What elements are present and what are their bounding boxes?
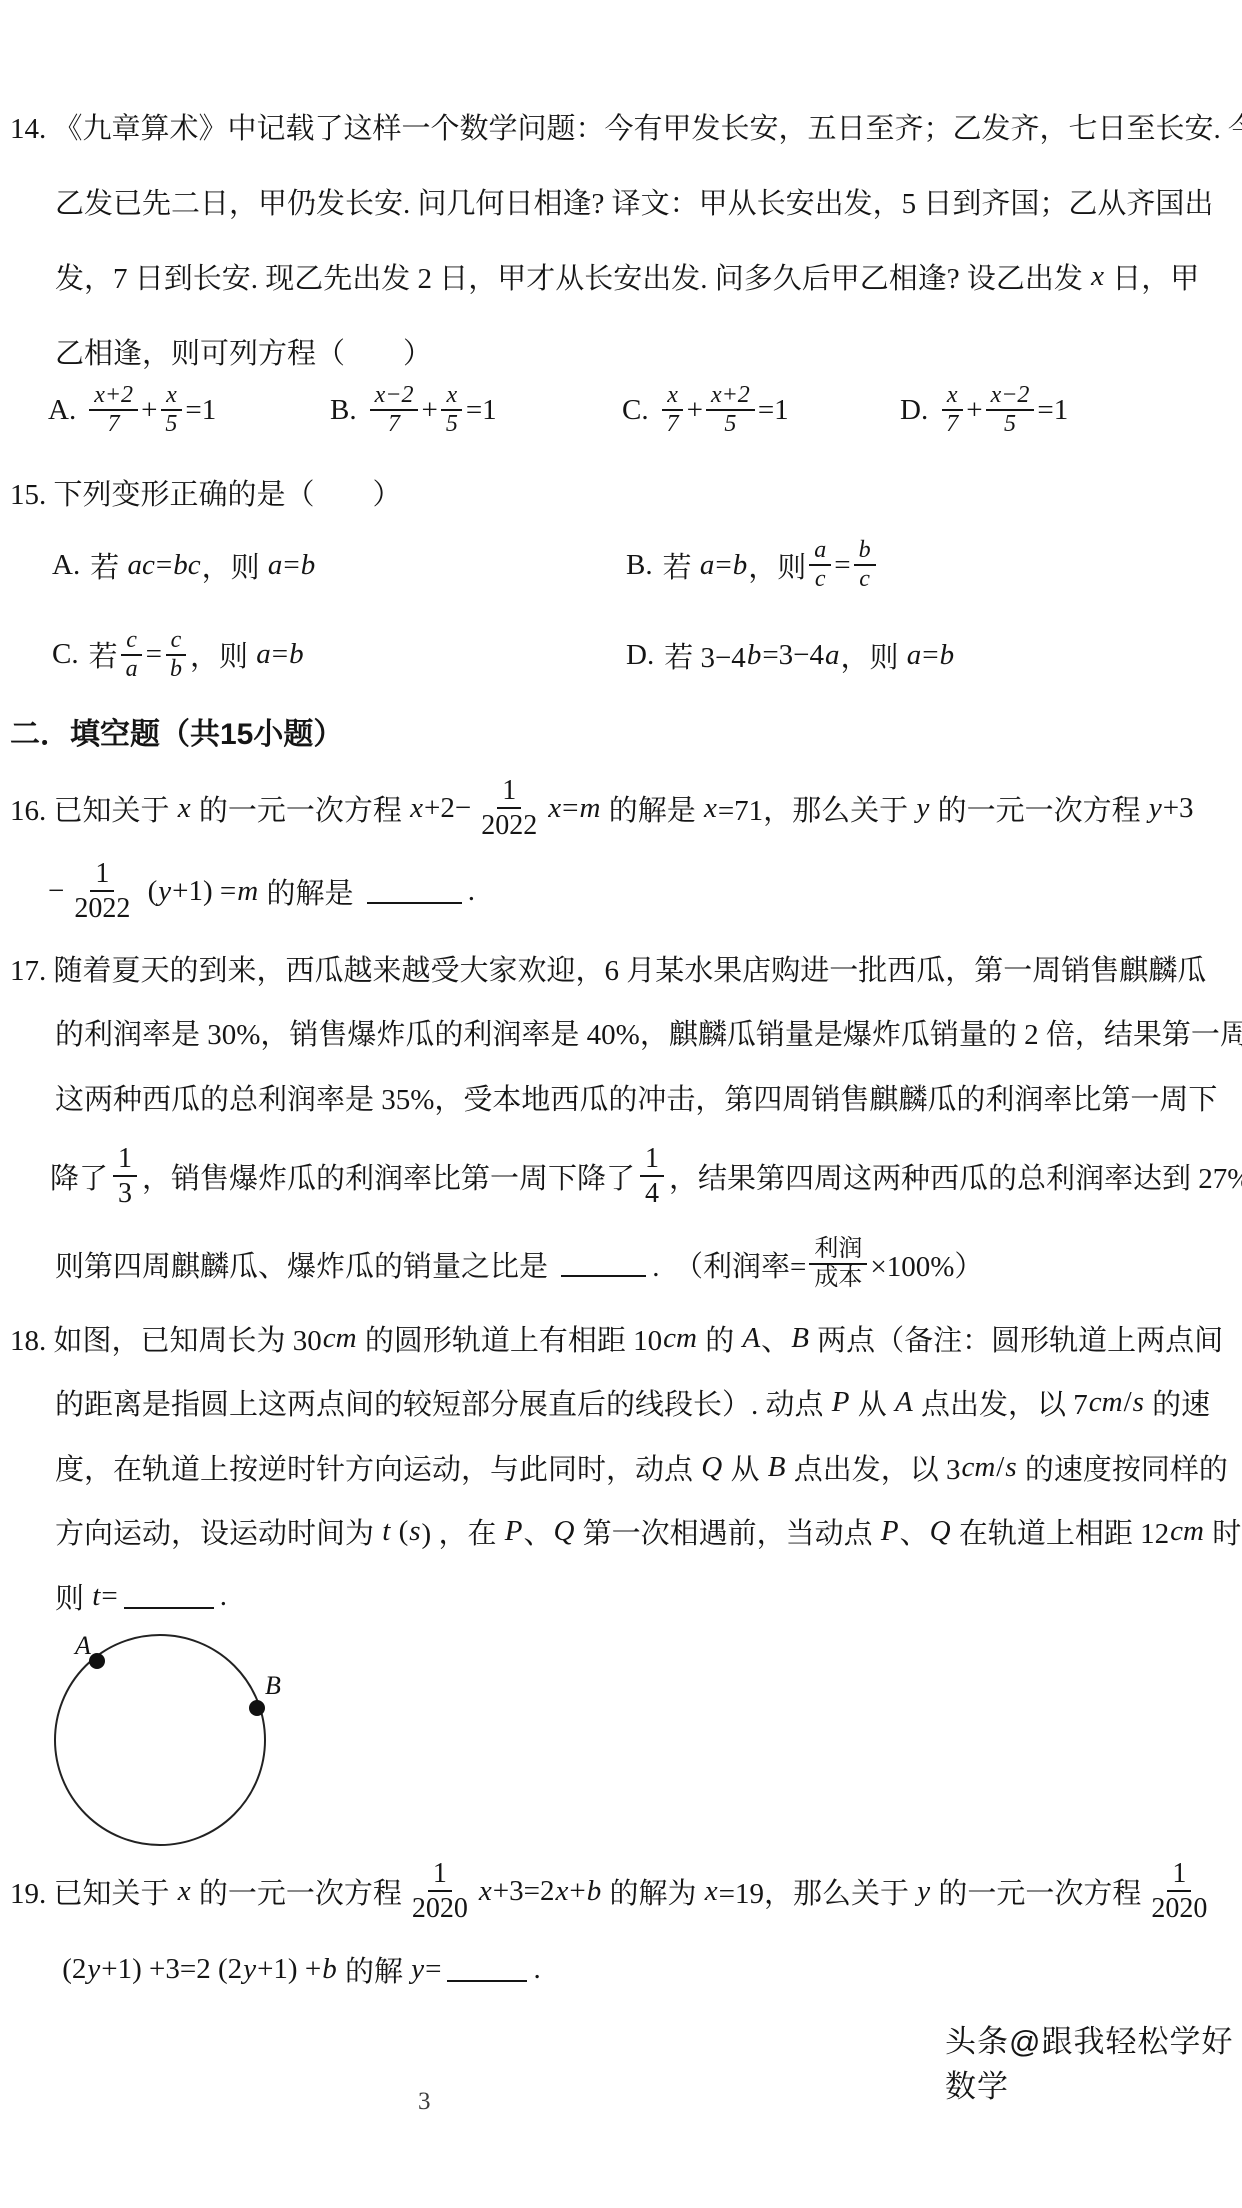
- fraction: x7: [941, 382, 963, 438]
- text-run: 18. 如图，已知周长为 30: [10, 1318, 322, 1359]
- text-run: 的解是: [601, 788, 703, 829]
- text-run: 乙相逢，则可列方程（ ）: [55, 331, 432, 372]
- math-variable: b: [321, 1953, 338, 1986]
- fraction-numerator: 1: [428, 1857, 452, 1892]
- point-b-dot: [249, 1700, 265, 1716]
- text-run: 、: [761, 1318, 790, 1359]
- answer-blank: [447, 1956, 527, 1982]
- fraction-numerator: 1: [497, 774, 521, 809]
- text-run: =19，那么关于: [719, 1871, 917, 1912]
- fraction-numerator: x: [441, 382, 462, 411]
- text-run: +2−: [424, 792, 471, 825]
- option-content: x7+x−25=1: [938, 382, 1068, 438]
- text-run: +: [141, 394, 157, 427]
- text-run: 日，甲: [1105, 256, 1199, 297]
- text-run: 、: [523, 1511, 552, 1552]
- text-run: 降了: [50, 1156, 108, 1197]
- fraction-denominator: 5: [441, 411, 463, 438]
- text-run: 若: [89, 634, 118, 675]
- fraction-numerator: 1: [90, 857, 114, 892]
- text-run: +: [966, 394, 982, 427]
- text-run: .: [533, 1953, 540, 1986]
- q15-option-c: C. 若ca=cb，则 a=b: [52, 612, 305, 697]
- math-variable: Q: [552, 1515, 575, 1548]
- fraction-denominator: 4: [640, 1177, 664, 1210]
- math-variable: b: [300, 549, 317, 582]
- text-run: +1) =: [172, 875, 236, 908]
- text-run: 的解为: [602, 1871, 704, 1912]
- fraction-denominator: b: [165, 656, 187, 683]
- text-run: 19. 已知关于: [10, 1871, 177, 1912]
- text-run: . （利润率=: [652, 1244, 806, 1285]
- q16-line-2: −12022 (y+1) =m 的解是 .: [48, 845, 475, 937]
- answer-blank: [561, 1251, 646, 1277]
- text-run: =: [156, 549, 172, 582]
- text-run: 的: [698, 1318, 742, 1359]
- worksheet-page: 14. 《九章算术》中记载了这样一个数学问题：今有甲发长安，五日至齐；乙发齐，七…: [0, 0, 1242, 2208]
- fraction-denominator: a: [121, 656, 143, 683]
- text-run: /: [996, 1451, 1004, 1484]
- text-run: 的速度按同样的: [1018, 1447, 1228, 1488]
- publisher-watermark: 头条@跟我轻松学好数学: [945, 2016, 1242, 2106]
- q14-option-c: C. x7+x+25=1: [622, 370, 789, 450]
- fraction-numerator: x+2: [89, 382, 138, 411]
- fraction-denominator: c: [854, 566, 875, 593]
- q18-line-2: 的距离是指圆上这两点间的较短部分展直后的线段长）. 动点 P 从 A 点出发，以…: [55, 1382, 1210, 1422]
- option-content: x+27+x5=1: [86, 382, 216, 438]
- text-run: ) ，在: [422, 1511, 504, 1552]
- fraction: x7: [662, 382, 684, 438]
- q19-line-1: 19. 已知关于 x 的一元一次方程12020x+3=2x+b 的解为 x=19…: [10, 1845, 1217, 1937]
- text-run: .: [220, 1580, 227, 1613]
- math-variable: a: [267, 549, 284, 582]
- fraction-numerator: x: [161, 382, 182, 411]
- fraction-denominator: 成本: [809, 1265, 867, 1292]
- fraction-denominator: 7: [662, 411, 684, 438]
- text-run: 的一元一次方程: [930, 788, 1148, 829]
- text-run: =: [425, 1953, 441, 1986]
- text-run: ×100%）: [870, 1244, 983, 1285]
- option-label: D.: [626, 639, 654, 672]
- text-run: =1: [758, 394, 789, 427]
- text-run: −: [48, 875, 64, 908]
- math-variable: B: [767, 1451, 787, 1484]
- text-run: 发，7 日到长安. 现乙先出发 2 日，甲才从长安出发. 问多久后甲乙相逢? 设…: [55, 256, 1090, 297]
- text-run: 的一元一次方程: [192, 788, 410, 829]
- text-run: =: [272, 638, 288, 671]
- math-variable: cm: [662, 1322, 698, 1355]
- fraction-denominator: 7: [383, 411, 405, 438]
- text-run: 、: [900, 1511, 929, 1552]
- fraction: cb: [165, 627, 187, 683]
- text-run: 这两种西瓜的总利润率是 35%，受本地西瓜的冲击，第四周销售麒麟瓜的利润率比第一…: [55, 1077, 1217, 1118]
- text-run: 则第四周麒麟瓜、爆炸瓜的销量之比是: [55, 1244, 555, 1285]
- option-content: x−27+x5=1: [367, 382, 497, 438]
- math-variable: x: [478, 1875, 493, 1908]
- fraction-denominator: 3: [113, 1177, 137, 1210]
- answer-blank: [367, 878, 462, 904]
- fraction-denominator: 5: [160, 411, 182, 438]
- math-variable: b: [746, 639, 763, 672]
- text-run: 两点（备注：圆形轨道上两点间: [810, 1318, 1223, 1359]
- math-variable: A: [894, 1386, 914, 1419]
- math-variable: x: [409, 792, 424, 825]
- math-variable: x: [703, 792, 718, 825]
- math-variable: x: [547, 792, 562, 825]
- text-run: =: [922, 639, 938, 672]
- section-2-heading: 二．填空题（共15小题）: [10, 710, 343, 752]
- text-run: +1) +: [257, 1953, 321, 1986]
- option-label: A.: [48, 394, 76, 427]
- text-run: 度，在轨道上按逆时针方向运动，与此同时，动点: [55, 1447, 700, 1488]
- q14-option-d: D. x7+x−25=1: [900, 370, 1068, 450]
- fraction: 12020: [407, 1857, 473, 1925]
- text-run: (: [140, 875, 157, 908]
- fraction-denominator: c: [810, 566, 831, 593]
- text-run: 从: [850, 1382, 894, 1423]
- text-run: ，则: [841, 635, 906, 676]
- fraction-denominator: 7: [103, 411, 125, 438]
- math-variable: x: [1090, 260, 1105, 293]
- text-run: +: [569, 1875, 585, 1908]
- text-run: +3=2: [493, 1875, 555, 1908]
- q15-option-b: B. 若 a=b，则ac=bc: [626, 525, 879, 605]
- text-run: 14. 《九章算术》中记载了这样一个数学问题：今有甲发长安，五日至齐；乙发齐，七…: [10, 106, 1242, 147]
- fraction-denominator: 5: [719, 411, 741, 438]
- option-content: x7+x+25=1: [659, 382, 789, 438]
- fraction-numerator: b: [854, 537, 876, 566]
- q18-line-1: 18. 如图，已知周长为 30cm 的圆形轨道上有相距 10cm 的 A、B 两…: [10, 1318, 1223, 1358]
- fraction: x5: [441, 382, 463, 438]
- text-run: ，销售爆炸瓜的利润率比第一周下降了: [142, 1156, 635, 1197]
- text-run: 时，: [1205, 1511, 1242, 1552]
- math-variable: a: [906, 639, 923, 672]
- option-label: B.: [626, 549, 653, 582]
- circle-track-figure: A B: [35, 1618, 285, 1858]
- q14-option-b: B. x−27+x5=1: [330, 370, 497, 450]
- math-variable: P: [831, 1386, 851, 1419]
- fraction-numerator: x−2: [986, 382, 1035, 411]
- text-run: =71，那么关于: [718, 788, 916, 829]
- text-run: 的解是: [259, 871, 361, 912]
- option-label: C.: [52, 638, 79, 671]
- math-variable: s: [1132, 1386, 1145, 1419]
- math-variable: t: [91, 1580, 101, 1613]
- text-run: 方向运动，设运动时间为: [55, 1511, 381, 1552]
- text-run: +3: [1163, 792, 1194, 825]
- math-variable: y: [410, 1953, 425, 1986]
- text-run: ，则: [202, 545, 267, 586]
- option-label: D.: [900, 394, 928, 427]
- fraction-denominator: 2022: [69, 892, 135, 925]
- text-run: 的圆形轨道上有相距 10: [358, 1318, 663, 1359]
- math-variable: cm: [1169, 1515, 1205, 1548]
- point-a-dot: [89, 1653, 105, 1669]
- text-run: =: [101, 1580, 117, 1613]
- math-variable: m: [236, 875, 259, 908]
- math-variable: y: [242, 1953, 257, 1986]
- option-label: B.: [330, 394, 357, 427]
- q17-line-4: 降了13，销售爆炸瓜的利润率比第一周下降了14，结果第四周这两种西瓜的总利润率达…: [50, 1133, 1242, 1219]
- fraction-numerator: 1: [1167, 1857, 1191, 1892]
- q15-title: 15. 下列变形正确的是（ ）: [10, 472, 402, 512]
- math-variable: a: [255, 638, 272, 671]
- math-variable: Q: [700, 1451, 723, 1484]
- math-variable: y: [1148, 792, 1163, 825]
- fraction-denominator: 2020: [1146, 1892, 1212, 1925]
- text-run: +1) +3=2 (2: [101, 1953, 242, 1986]
- math-variable: y: [915, 792, 930, 825]
- math-variable: y: [916, 1875, 931, 1908]
- option-label: A.: [52, 549, 80, 582]
- text-run: =1: [466, 394, 497, 427]
- fraction: 12020: [1146, 1857, 1212, 1925]
- text-run: =: [834, 549, 850, 582]
- fraction-numerator: c: [121, 627, 142, 656]
- option-content: 若 3−4b=3−4a，则 a=b: [664, 635, 955, 676]
- option-content: 若ca=cb，则 a=b: [89, 627, 305, 683]
- circle-track: [55, 1635, 265, 1845]
- q15-option-a: A. 若 ac=bc，则 a=b: [52, 535, 316, 595]
- text-run: .: [468, 875, 475, 908]
- text-run: 若: [663, 545, 699, 586]
- fraction: x+27: [89, 382, 138, 438]
- text-run: =1: [185, 394, 216, 427]
- fraction-numerator: 利润: [809, 1236, 867, 1265]
- fraction-denominator: 5: [999, 411, 1021, 438]
- q15-option-d: D. 若 3−4b=3−4a，则 a=b: [626, 625, 955, 685]
- math-variable: cm: [960, 1451, 996, 1484]
- fraction: ac: [809, 537, 831, 593]
- math-variable: P: [880, 1515, 900, 1548]
- fraction-numerator: 1: [640, 1142, 664, 1177]
- q17-line-5: 则第四周麒麟瓜、爆炸瓜的销量之比是 . （利润率=利润成本×100%）: [55, 1220, 983, 1308]
- math-variable: x: [177, 792, 192, 825]
- fraction-numerator: c: [166, 627, 187, 656]
- q14-option-a: A. x+27+x5=1: [48, 370, 216, 450]
- option-content: 若 a=b，则ac=bc: [663, 537, 879, 593]
- text-run: 乙发已先二日，甲仍发长安. 问几何日相逢? 译文：甲从长安出发，5 日到齐国；乙…: [55, 181, 1213, 222]
- q18-line-5: 则 t=.: [55, 1576, 227, 1616]
- point-a-label: A: [73, 1631, 91, 1660]
- text-run: /: [1124, 1386, 1132, 1419]
- fraction-numerator: x: [942, 382, 963, 411]
- math-variable: Q: [929, 1515, 952, 1548]
- text-run: 的距离是指圆上这两点间的较短部分展直后的线段长）. 动点: [55, 1382, 831, 1423]
- math-variable: a: [699, 549, 716, 582]
- fraction: 14: [640, 1142, 664, 1210]
- fraction: 12022: [476, 774, 542, 842]
- text-run: 则: [55, 1576, 91, 1617]
- math-variable: A: [741, 1322, 761, 1355]
- point-b-label: B: [265, 1671, 281, 1700]
- math-variable: x: [704, 1875, 719, 1908]
- text-run: 第一次相遇前，当动点: [575, 1511, 880, 1552]
- text-run: 点出发，以 7: [914, 1382, 1088, 1423]
- text-run: 15. 下列变形正确的是（ ）: [10, 472, 402, 513]
- answer-blank: [124, 1583, 214, 1609]
- math-variable: x: [177, 1875, 192, 1908]
- math-variable: x: [555, 1875, 570, 1908]
- math-variable: b: [586, 1875, 603, 1908]
- math-variable: y: [86, 1953, 101, 1986]
- math-variable: y: [157, 875, 172, 908]
- text-run: =: [283, 549, 299, 582]
- math-variable: s: [1004, 1451, 1017, 1484]
- text-run: 若: [90, 545, 126, 586]
- fraction-denominator: 2022: [476, 809, 542, 842]
- text-run: 的一元一次方程: [192, 1871, 402, 1912]
- fraction-numerator: x−2: [370, 382, 419, 411]
- text-run: 从: [723, 1447, 767, 1488]
- text-run: (2: [55, 1953, 86, 1986]
- math-variable: t: [381, 1515, 391, 1548]
- page-number: 3: [418, 2088, 431, 2116]
- q18-line-4: 方向运动，设运动时间为 t (s) ，在 P、Q 第一次相遇前，当动点 P、Q …: [55, 1511, 1242, 1551]
- text-run: 在轨道上相距 12: [952, 1511, 1170, 1552]
- text-run: ，结果第四周这两种西瓜的总利润率达到 27%，: [669, 1156, 1242, 1197]
- text-run: =: [715, 549, 731, 582]
- fraction: 12022: [69, 857, 135, 925]
- math-variable: P: [504, 1515, 524, 1548]
- text-run: 17. 随着夏天的到来，西瓜越来越受大家欢迎，6 月某水果店购进一批西瓜，第一周…: [10, 948, 1206, 989]
- fraction: 利润成本: [809, 1236, 867, 1292]
- q16-line-1: 16. 已知关于 x 的一元一次方程 x+2−12022x=m 的解是 x=71…: [10, 762, 1194, 854]
- text-run: 16. 已知关于: [10, 788, 177, 829]
- text-run: =: [146, 638, 162, 671]
- fraction-numerator: x+2: [706, 382, 755, 411]
- text-run: ，则: [190, 634, 255, 675]
- fraction: bc: [854, 537, 876, 593]
- math-variable: cm: [322, 1322, 358, 1355]
- fraction: x+25: [706, 382, 755, 438]
- text-run: =3−4: [762, 639, 824, 672]
- text-run: (: [391, 1515, 408, 1548]
- fraction-numerator: x: [662, 382, 683, 411]
- fraction-numerator: 1: [113, 1142, 137, 1177]
- option-content: 若 ac=bc，则 a=b: [90, 545, 316, 586]
- text-run: 若 3−4: [664, 635, 746, 676]
- math-variable: s: [408, 1515, 421, 1548]
- text-run: +: [687, 394, 703, 427]
- q14-line-4: 乙相逢，则可列方程（ ）: [55, 331, 432, 371]
- fraction: 13: [113, 1142, 137, 1210]
- q14-line-2: 乙发已先二日，甲仍发长安. 问几何日相逢? 译文：甲从长安出发，5 日到齐国；乙…: [55, 181, 1213, 221]
- text-run: =: [562, 792, 578, 825]
- math-variable: ac: [126, 549, 155, 582]
- text-run: 的利润率是 30%，销售爆炸瓜的利润率是 40%，麒麟瓜销量是爆炸瓜销量的 2 …: [55, 1012, 1242, 1053]
- q17-line-2: 的利润率是 30%，销售爆炸瓜的利润率是 40%，麒麟瓜销量是爆炸瓜销量的 2 …: [55, 1012, 1242, 1052]
- fraction-denominator: 2020: [407, 1892, 473, 1925]
- math-variable: b: [939, 639, 956, 672]
- text-run: =1: [1037, 394, 1068, 427]
- q14-line-1: 14. 《九章算术》中记载了这样一个数学问题：今有甲发长安，五日至齐；乙发齐，七…: [10, 106, 1242, 146]
- q14-line-3: 发，7 日到长安. 现乙先出发 2 日，甲才从长安出发. 问多久后甲乙相逢? 设…: [55, 256, 1199, 296]
- fraction: x−25: [986, 382, 1035, 438]
- fraction: ca: [121, 627, 143, 683]
- text-run: 点出发，以 3: [786, 1447, 960, 1488]
- math-variable: B: [790, 1322, 810, 1355]
- math-variable: bc: [172, 549, 201, 582]
- text-run: 的速: [1145, 1382, 1210, 1423]
- fraction-denominator: 7: [941, 411, 963, 438]
- fraction: x−27: [370, 382, 419, 438]
- math-variable: b: [288, 638, 305, 671]
- q18-line-3: 度，在轨道上按逆时针方向运动，与此同时，动点 Q 从 B 点出发，以 3cm/s…: [55, 1447, 1228, 1487]
- fraction: x5: [160, 382, 182, 438]
- fraction-numerator: a: [809, 537, 831, 566]
- math-variable: m: [578, 792, 601, 825]
- q19-line-2: (2y+1) +3=2 (2y+1) +b 的解 y=.: [55, 1948, 541, 1990]
- math-variable: cm: [1088, 1386, 1124, 1419]
- text-run: 的解: [338, 1949, 411, 1990]
- math-variable: b: [732, 549, 749, 582]
- text-run: ，则: [748, 545, 806, 586]
- text-run: 的一元一次方程: [931, 1871, 1141, 1912]
- text-run: +: [421, 394, 437, 427]
- q17-line-1: 17. 随着夏天的到来，西瓜越来越受大家欢迎，6 月某水果店购进一批西瓜，第一周…: [10, 948, 1206, 988]
- q17-line-3: 这两种西瓜的总利润率是 35%，受本地西瓜的冲击，第四周销售麒麟瓜的利润率比第一…: [55, 1077, 1217, 1117]
- option-label: C.: [622, 394, 649, 427]
- math-variable: a: [824, 639, 841, 672]
